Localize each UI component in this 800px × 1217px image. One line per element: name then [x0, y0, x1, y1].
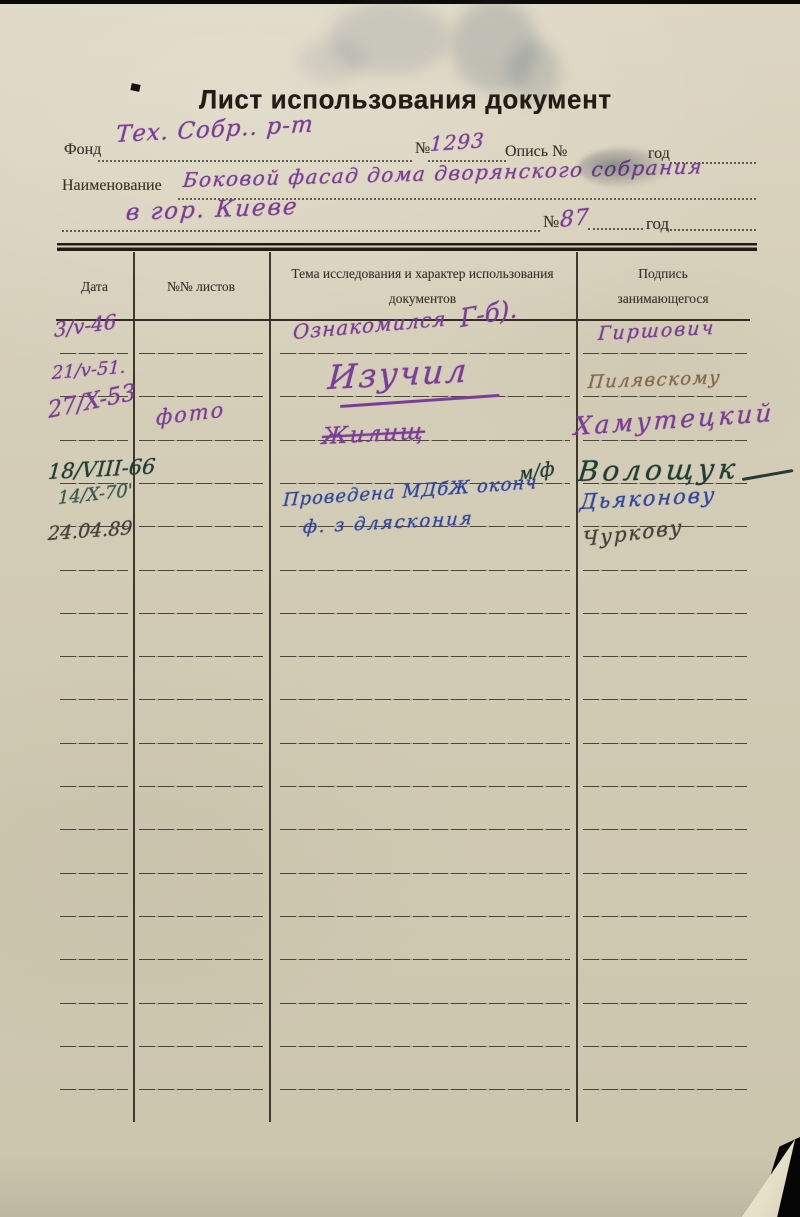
table-row-line: [139, 353, 263, 354]
column-header-text: Дата: [81, 274, 108, 299]
table-row-line: [583, 873, 747, 874]
table-row-line: [139, 526, 263, 527]
table-row-line: [60, 656, 128, 657]
table-row-line: [583, 699, 747, 700]
table-row-line: [139, 483, 263, 484]
table-row-line: [280, 1003, 570, 1004]
table-top-double-rule: [57, 243, 757, 251]
table-row-line: [60, 613, 128, 614]
table-row-line: [280, 959, 570, 960]
table-row-line: [139, 873, 263, 874]
column-header-text: занимающегося: [617, 286, 708, 311]
table-row-line: [139, 699, 263, 700]
table-row-line: [60, 353, 128, 354]
table-row-line: [139, 743, 263, 744]
table-row-line: [139, 1046, 263, 1047]
table-row-line: [280, 743, 570, 744]
scanned-document-page: Лист использования документ Фонд № Опись…: [0, 0, 800, 1217]
table-row-line: [139, 656, 263, 657]
table-row-line: [60, 1003, 128, 1004]
table-row-line: [583, 916, 747, 917]
table-row-line: [139, 570, 263, 571]
dotted-line: [666, 229, 756, 231]
table-row-line: [280, 396, 570, 397]
table-row-line: [583, 613, 747, 614]
table-row-line: [60, 743, 128, 744]
table-row-line: [139, 1089, 263, 1090]
table-row-line: [60, 1046, 128, 1047]
table-row-line: [60, 959, 128, 960]
table-row-line: [583, 1003, 747, 1004]
handwriting-row3-topic: Жилищ: [321, 419, 426, 451]
ink-smudge: [300, 40, 364, 82]
dotted-line: [62, 230, 540, 232]
column-header-text: Подпись: [638, 261, 688, 286]
table-row-line: [139, 396, 263, 397]
table-row-line: [583, 1046, 747, 1047]
table-row-line: [583, 570, 747, 571]
table-row-line: [60, 440, 128, 441]
table-row-line: [280, 570, 570, 571]
table-row-line: [583, 1089, 747, 1090]
handwriting-fond-number: 1293: [429, 128, 485, 156]
ink-smear: [578, 148, 670, 188]
table-row-line: [139, 786, 263, 787]
table-row-line: [139, 959, 263, 960]
table-row-line: [280, 829, 570, 830]
table-row-line: [583, 353, 747, 354]
table-vline-2: [269, 252, 271, 1122]
table-vline-3: [576, 252, 578, 1122]
table-row-line: [583, 656, 747, 657]
table-row-line: [60, 699, 128, 700]
table-row-line: [583, 829, 747, 830]
table-row-line: [139, 1003, 263, 1004]
table-row-line: [583, 743, 747, 744]
column-header-text: №№ листов: [167, 274, 235, 299]
table-row-line: [280, 1046, 570, 1047]
table-row-line: [60, 786, 128, 787]
table-row-line: [583, 959, 747, 960]
column-header-date: Дата: [56, 252, 133, 320]
table-row-line: [60, 1089, 128, 1090]
table-row-line: [280, 873, 570, 874]
fond-no-label: №: [415, 140, 430, 158]
table-row-line: [280, 656, 570, 657]
table-row-line: [583, 396, 747, 397]
table-row-line: [280, 786, 570, 787]
table-row-line: [139, 613, 263, 614]
table-row-line: [139, 916, 263, 917]
table-row-line: [60, 570, 128, 571]
table-row-line: [60, 829, 128, 830]
table-row-line: [280, 1089, 570, 1090]
handwriting-case-number: 87: [560, 205, 590, 233]
dotted-line: [98, 160, 412, 162]
case-no-label: №: [543, 212, 559, 232]
table-row-line: [60, 873, 128, 874]
column-header-text: Тема исследования и характер использован…: [291, 261, 553, 286]
handwriting-row2-topic: Изучил: [327, 351, 470, 398]
name-label: Наименование: [62, 177, 162, 195]
page-title: Лист использования документ: [199, 83, 612, 115]
fond-label: Фонд: [64, 141, 101, 159]
god2-label: год: [646, 214, 669, 234]
table-row-line: [60, 916, 128, 917]
dotted-line: [588, 228, 643, 230]
table-row-line: [280, 613, 570, 614]
table-row-line: [280, 699, 570, 700]
table-row-line: [583, 786, 747, 787]
table-row-line: [139, 440, 263, 441]
column-header-sheets: №№ листов: [133, 252, 269, 320]
table-row-line: [583, 440, 747, 441]
table-row-line: [280, 916, 570, 917]
column-header-signature: Подпись занимающегося: [576, 252, 750, 320]
table-row-line: [139, 829, 263, 830]
